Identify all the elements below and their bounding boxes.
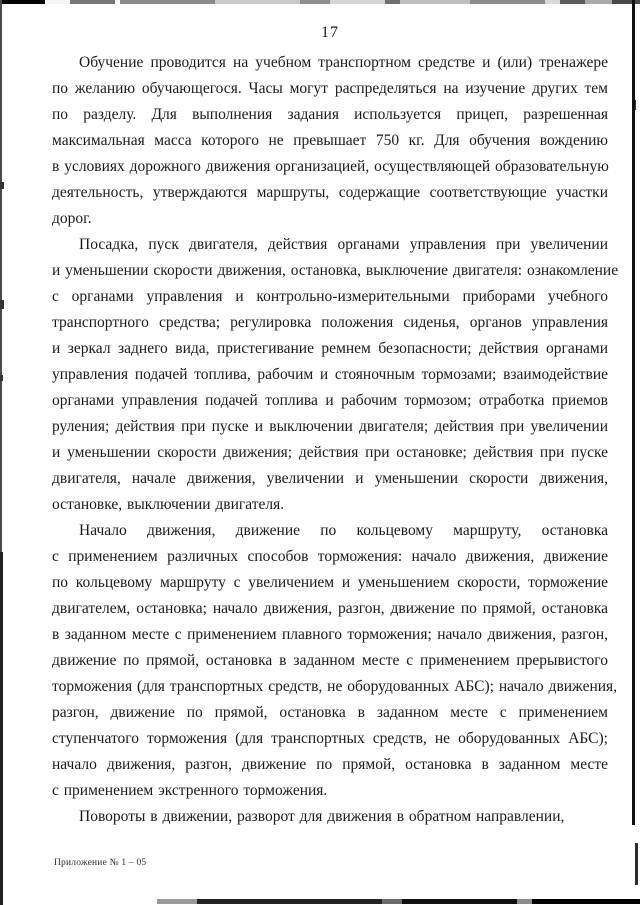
text-line: дорог. [52,206,608,232]
text-line: остановке, выключении двигателя. [52,492,608,518]
text-line: и уменьшении скорости движения, остановк… [52,258,608,284]
text-line: с применением экстренного торможения. [52,778,608,804]
scan-artifact-left-edge-lower [0,552,3,905]
paragraph: Посадка, пуск двигателя, действия органа… [52,232,608,518]
text-line: движение по прямой, остановка в заданном… [52,648,608,674]
text-line: в заданном месте с применением плавного … [52,622,608,648]
text-line: двигателем, остановка; начало движения, … [52,596,608,622]
scan-artifact-right-edge-bottom [635,843,638,885]
text-line: в условиях дорожного движения организаци… [52,154,608,180]
scan-artifact-tick [0,300,4,309]
text-line: с применением различных способов торможе… [52,544,608,570]
text-line: деятельность, утверждаются маршруты, сод… [52,180,608,206]
page-number: 17 [52,24,608,42]
scan-artifact-top-edge [0,0,640,4]
text-line: руления; действия при пуске и выключении… [52,414,608,440]
text-line: по разделу. Для выполнения задания испол… [52,102,608,128]
text-line: по желанию обучающегося. Часы могут расп… [52,76,608,102]
text-line: торможения (для транспортных средств, не… [52,674,608,700]
page-body: Обучение проводится на учебном транспорт… [52,50,608,830]
footer-appendix-label: Приложение № 1 – 05 [54,858,146,868]
text-line: и зеркал заднего вида, пристегивание рем… [52,336,608,362]
text-line: Начало движения, движение по кольцевому … [52,518,608,544]
scan-artifact-tick [0,375,3,381]
text-line: и уменьшении скорости движения; действия… [52,440,608,466]
scan-artifact-right-edge [632,0,635,825]
text-line: начало движения, разгон, движение по пря… [52,752,608,778]
text-line: с органами управления и контрольно-измер… [52,284,608,310]
text-line: Посадка, пуск двигателя, действия органа… [52,232,608,258]
text-line: по кольцевому маршруту с увеличением и у… [52,570,608,596]
text-line: максимальная масса которого не превышает… [52,128,608,154]
scan-artifact-bottom-edge [157,899,640,904]
text-line: Обучение проводится на учебном транспорт… [52,50,608,76]
text-line: Повороты в движении, разворот для движен… [52,804,608,830]
text-line: двигателя, начале движения, увеличении и… [52,466,608,492]
text-line: органами управления подачей топлива и ра… [52,388,608,414]
paragraph: Повороты в движении, разворот для движен… [52,804,608,830]
text-line: ступенчатого торможения (для транспортны… [52,726,608,752]
text-line: разгон, движение по прямой, остановка в … [52,700,608,726]
paragraph: Обучение проводится на учебном транспорт… [52,50,608,232]
scan-artifact-tick [0,182,4,189]
paragraph: Начало движения, движение по кольцевому … [52,518,608,804]
text-line: управления подачей топлива, рабочим и ст… [52,362,608,388]
scanned-document-page: 17 Обучение проводится на учебном трансп… [0,0,640,905]
text-line: транспортного средства; регулировка поло… [52,310,608,336]
